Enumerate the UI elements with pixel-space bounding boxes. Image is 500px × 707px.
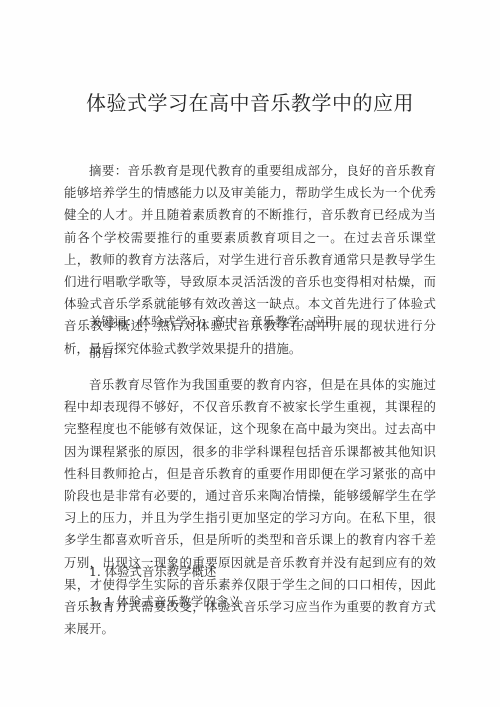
document-title: 体验式学习在高中音乐教学中的应用 (0, 89, 500, 117)
section-1-heading: 1. 体验式音乐教学概述 (89, 562, 216, 582)
keywords-line: 关键词：体验式学习；高中；音乐教学；应用 (89, 312, 337, 332)
section-1-1-heading: 1. 1 体验式音乐教学的含义 (89, 592, 241, 612)
preface-heading: 前言 (89, 343, 114, 363)
document-page: 体验式学习在高中音乐教学中的应用 摘要：音乐教育是现代教育的重要组成部分，良好的… (0, 0, 500, 707)
